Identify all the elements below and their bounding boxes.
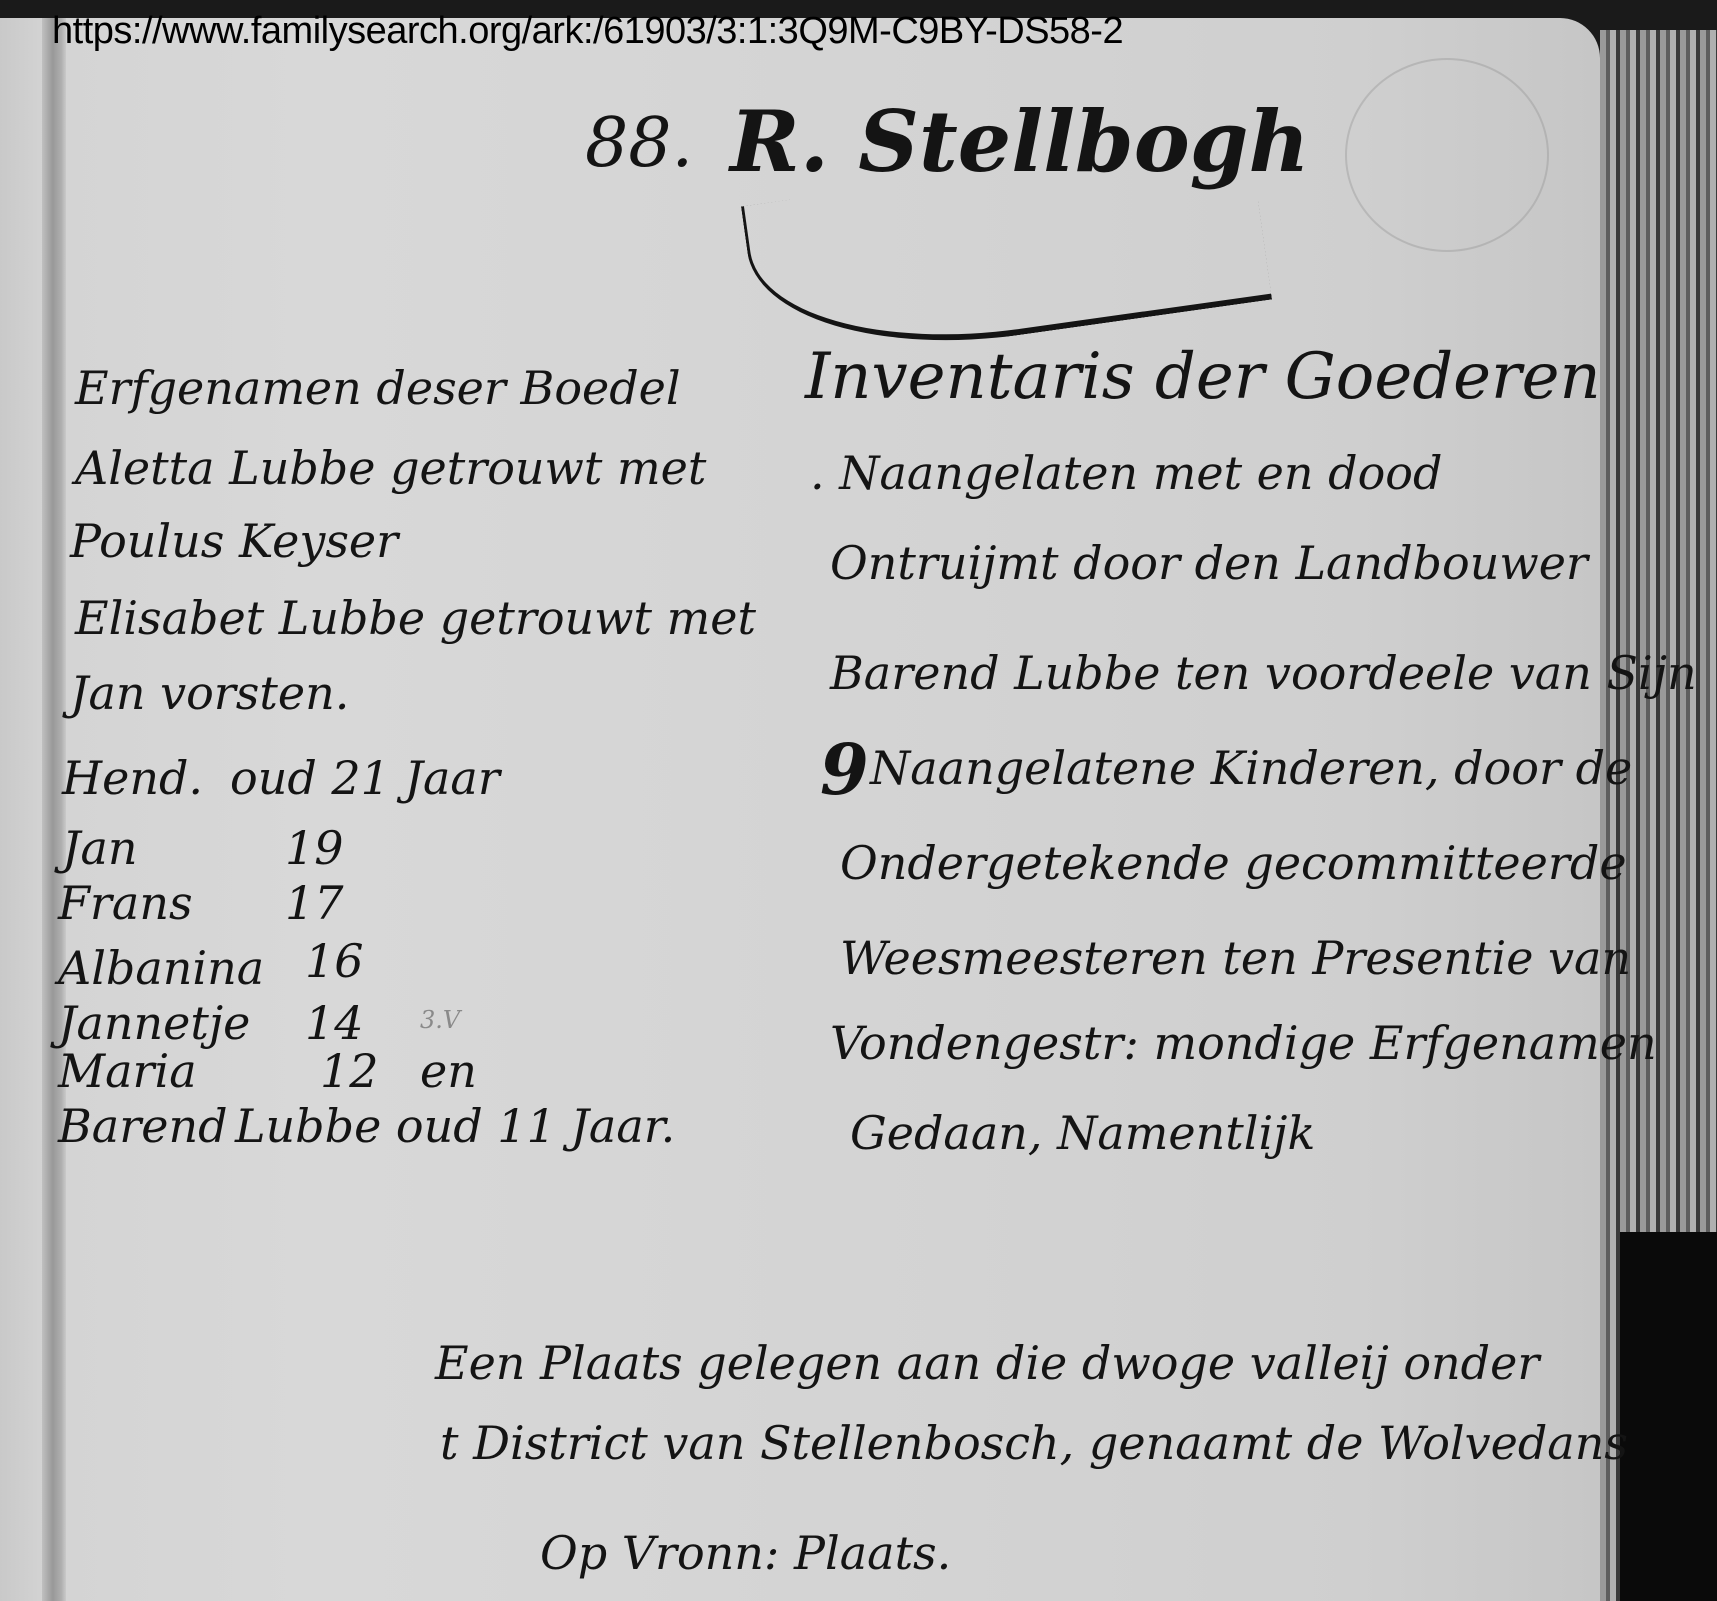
black-tab [1620,1232,1717,1601]
large-numeral: 9 [820,735,869,805]
inventory-line: Naangelatene Kinderen, door de [870,745,1632,791]
minor-age: 19 [285,825,344,871]
heirs-line: Elisabet Lubbe getrouwt met [75,595,756,641]
minor-age: Lubbe oud 11 Jaar. [235,1103,675,1149]
inventory-line: Ontruijmt door den Landbouwer [830,540,1588,586]
property-entry-line: Een Plaats gelegen aan die dwoge valleij… [435,1340,1539,1386]
minor-age: 17 [285,880,344,926]
heirs-line: Poulus Keyser [70,518,398,564]
minor-name: Jannetje [58,1000,250,1046]
minor-age: oud 21 Jaar [230,755,500,801]
inventory-title: Inventaris der Goederen [805,345,1601,409]
heirs-line: Aletta Lubbe getrouwt met [75,445,706,491]
minor-age: 12 [320,1048,379,1094]
source-url-overlay: https://www.familysearch.org/ark:/61903/… [52,12,1123,50]
inventory-line: Weesmeesteren ten Presentie van [840,935,1631,981]
minor-age: 16 [305,938,364,984]
property-entry-line: Op Vronn: Plaats. [540,1530,951,1576]
minor-suffix: en [420,1048,477,1094]
inventory-line: . Naangelaten met en dood [810,450,1442,496]
inventory-line: Gedaan, Namentlijk [850,1110,1315,1156]
inventory-line: Barend Lubbe ten voordeele van Sijn [830,650,1697,696]
inventory-line: Vondengestr: mondige Erfgenamen [830,1020,1657,1066]
heirs-line: Erfgenamen deser Boedel [75,365,681,411]
minor-age: 14 [305,1000,364,1046]
folio-number: 88. [585,110,693,178]
embossed-stamp [1345,58,1549,252]
binding-gutter [42,18,66,1601]
minor-name: Hend. [62,755,203,801]
minor-name: Frans [58,880,193,926]
minor-name: Albanina [58,945,264,991]
heirs-line: Jan vorsten. [70,670,349,716]
property-entry-line: t District van Stellenbosch, genaamt de … [440,1420,1628,1466]
minor-name: Maria [58,1048,197,1094]
margin-note: 3.V [420,1008,460,1032]
minor-name: Barend [58,1103,228,1149]
minor-name: Jan [62,825,138,871]
inventory-line: Ondergetekende gecommitteerde [840,840,1627,886]
